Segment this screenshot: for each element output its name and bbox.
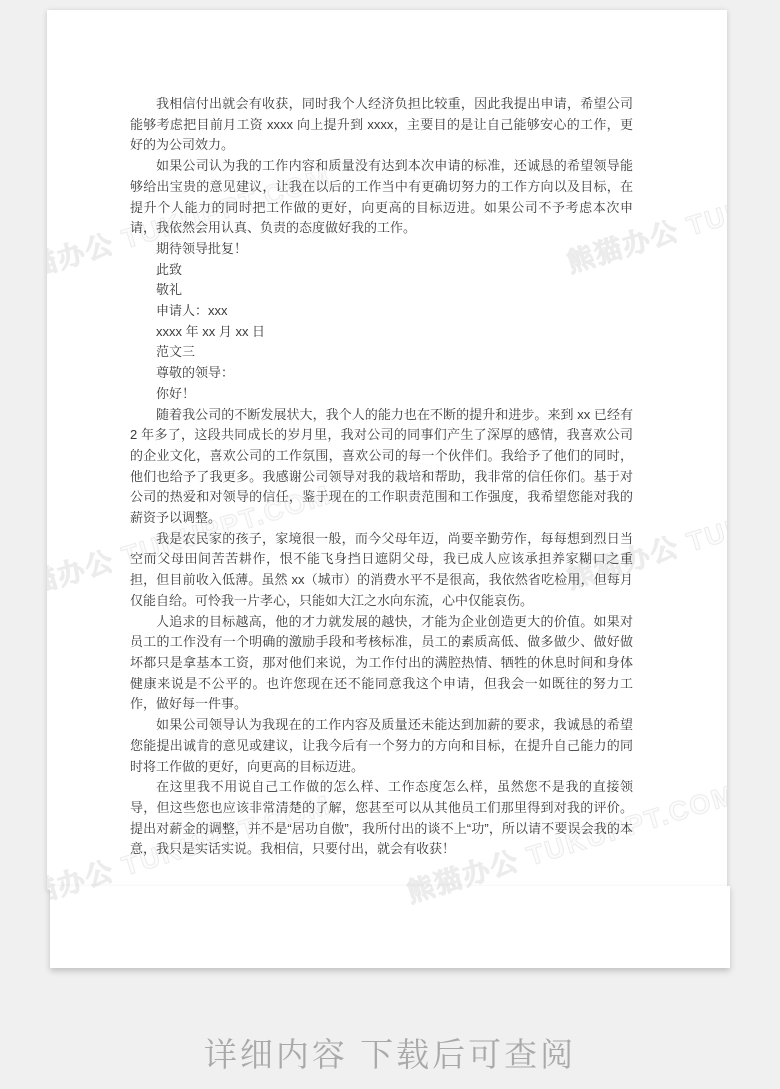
paragraph: 我相信付出就会有收获，同时我个人经济负担比较重，因此我提出申请，希望公司能够考虑… bbox=[130, 94, 633, 156]
paragraph: 敬礼 bbox=[130, 280, 633, 301]
paragraph: 人追求的目标越高，他的才力就发展的越快，才能为企业创造更大的价值。如果对员工的工… bbox=[130, 612, 633, 716]
paragraph: 我是农民家的孩子，家境很一般，而今父母年迈，尚要辛勤劳作，每每想到烈日当空而父母… bbox=[130, 529, 633, 612]
paragraph: 随着我公司的不断发展状大，我个人的能力也在不断的提升和进步。来到 xx 已经有 … bbox=[130, 405, 633, 529]
preview-background: 熊猫办公 TUKUPPT.COM 熊猫办公 TUKUPPT.COM 熊猫办公 T… bbox=[0, 0, 780, 1089]
download-banner-text: 详细内容 下载后可查阅 bbox=[204, 1029, 576, 1076]
paragraph: 申请人：xxx bbox=[130, 301, 633, 322]
paragraph: 期待领导批复！ bbox=[130, 239, 633, 260]
paragraph: 你好！ bbox=[130, 384, 633, 405]
paragraph: xxxx 年 xx 月 xx 日 bbox=[130, 322, 633, 343]
watermark: 熊猫办公 TUKUPPT.COM bbox=[50, 886, 335, 920]
download-banner: 详细内容 下载后可查阅 bbox=[0, 1016, 780, 1089]
paragraph: 尊敬的领导： bbox=[130, 363, 633, 384]
paragraph: 如果公司认为我的工作内容和质量没有达到本次申请的标准，还诚恳的希望领导能够给出宝… bbox=[130, 156, 633, 239]
paragraph: 如果公司领导认为我现在的工作内容及质量还未能达到加薪的要求，我诚恳的希望您能提出… bbox=[130, 715, 633, 777]
paragraph: 范文三 bbox=[130, 342, 633, 363]
paragraph: 在这里我不用说自己工作做的怎么样、工作态度怎么样，虽然您不是我的直接领导，但这些… bbox=[130, 777, 633, 860]
document-page: 熊猫办公 TUKUPPT.COM 熊猫办公 TUKUPPT.COM 熊猫办公 T… bbox=[47, 10, 727, 890]
paragraph: 此致 bbox=[130, 260, 633, 281]
watermark: 熊猫办公 TUKUPPT.COM bbox=[401, 886, 730, 910]
document-page-2: 熊猫办公 TUKUPPT.COM 熊猫办公 TUKUPPT.COM bbox=[50, 886, 730, 968]
document-text: 我相信付出就会有收获，同时我个人经济负担比较重，因此我提出申请，希望公司能够考虑… bbox=[130, 94, 633, 860]
